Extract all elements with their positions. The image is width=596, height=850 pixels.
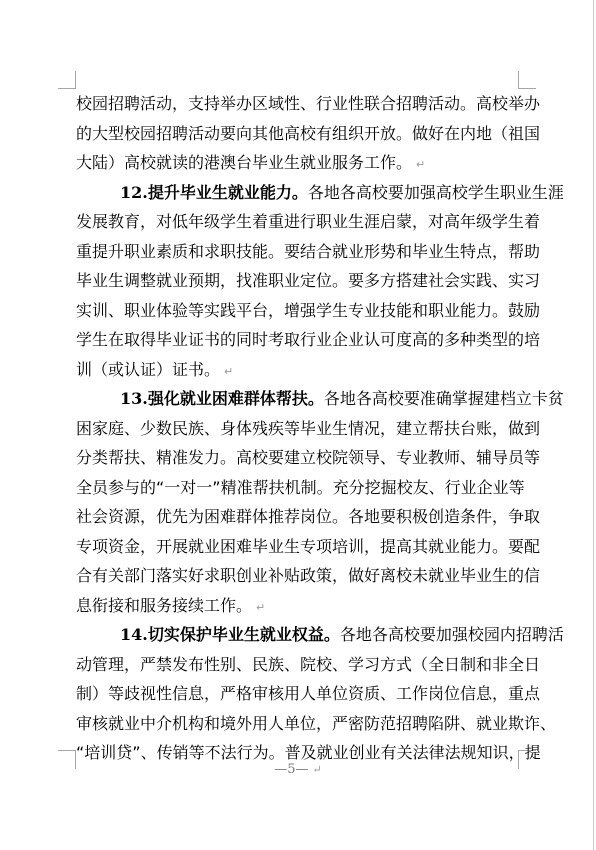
text-line: 重提升职业素质和求职技能。要结合就业形势和毕业生特点，帮助 (76, 240, 520, 270)
paragraph-mark-icon: ↵ (256, 601, 265, 614)
text-line: 制）等歧视性信息，严格审核用人单位资质、工作岗位信息，重点 (76, 682, 520, 712)
paragraph-12: 12.提升毕业生就业能力。各地各高校要加强高校学生职业生涯 发展教育，对低年级学… (76, 181, 520, 388)
text-line-content: 息衔接和服务接续工作。 (76, 596, 252, 615)
section-heading-12: 12.提升毕业生就业能力。 (120, 183, 308, 202)
text-line: 合有关部门落实好求职创业补贴政策，做好离校未就业毕业生的信 (76, 564, 520, 594)
text-line: 14.切实保护毕业生就业权益。各地各高校要加强校园内招聘活 (76, 623, 520, 653)
paragraph-mark-icon: ↵ (416, 158, 425, 171)
text-line: 12.提升毕业生就业能力。各地各高校要加强高校学生职业生涯 (76, 181, 520, 211)
section-heading-13: 13.强化就业困难群体帮扶。 (120, 389, 324, 408)
text-line: 学生在取得毕业证书的同时考取行业企业认可度高的多种类型的培 (76, 328, 520, 358)
text-line: 审核就业中介机构和境外用人单位，严密防范招聘陷阱、就业欺诈、 (76, 712, 520, 742)
section-heading-14: 14.切实保护毕业生就业权益。 (120, 625, 340, 644)
paragraph-14: 14.切实保护毕业生就业权益。各地各高校要加强校园内招聘活 动管理，严禁发布性别… (76, 623, 520, 771)
margin-corner-mark-top-left (58, 71, 76, 89)
page-number: —5— (274, 762, 308, 777)
margin-corner-mark-top-right (518, 71, 536, 89)
text-line: 的大型校园招聘活动要向其他高校有组织开放。做好在内地（祖国 (76, 122, 520, 152)
text-line: 大陆）高校就读的港澳台毕业生就业服务工作。↵ (76, 151, 520, 181)
page-footer: —5—↵ (0, 762, 596, 777)
text-line: 13.强化就业困难群体帮扶。各地各高校要准确掌握建档立卡贫 (76, 387, 520, 417)
text-line: 动管理，严禁发布性别、民族、院校、学习方式（全日制和非全日 (76, 653, 520, 683)
paragraph-mark-icon: ↵ (313, 763, 322, 776)
document-body[interactable]: 校园招聘活动，支持举办区域性、行业性联合招聘活动。高校举办 的大型校园招聘活动要… (76, 92, 520, 771)
text-line: 息衔接和服务接续工作。↵ (76, 594, 520, 624)
paragraph-13: 13.强化就业困难群体帮扶。各地各高校要准确掌握建档立卡贫 困家庭、少数民族、身… (76, 387, 520, 623)
text-line-content: 各地各高校要准确掌握建档立卡贫 (324, 389, 564, 408)
text-line-content: 各地各高校要加强校园内招聘活 (340, 625, 564, 644)
paragraph-mark-icon: ↵ (224, 365, 233, 378)
text-line: 实训、职业体验等实践平台，增强学生专业技能和职业能力。鼓励 (76, 299, 520, 329)
text-line: 专项资金，开展就业困难毕业生专项培训，提高其就业能力。要配 (76, 535, 520, 565)
text-line: 校园招聘活动，支持举办区域性、行业性联合招聘活动。高校举办 (76, 92, 520, 122)
text-line: 全员参与的“一对一”精准帮扶机制。充分挖掘校友、行业企业等 (76, 476, 520, 506)
text-line: 毕业生调整就业预期，找准职业定位。要多方搭建社会实践、实习 (76, 269, 520, 299)
text-line: 社会资源，优先为困难群体推荐岗位。各地要积极创造条件，争取 (76, 505, 520, 535)
paragraph-continuation: 校园招聘活动，支持举办区域性、行业性联合招聘活动。高校举办 的大型校园招聘活动要… (76, 92, 520, 181)
text-line: 分类帮扶、精准发力。高校要建立校院领导、专业教师、辅导员等 (76, 446, 520, 476)
text-line: 发展教育，对低年级学生着重进行职业生涯启蒙，对高年级学生着 (76, 210, 520, 240)
text-line-content: 各地各高校要加强高校学生职业生涯 (308, 183, 564, 202)
text-line-content: 大陆）高校就读的港澳台毕业生就业服务工作。 (76, 153, 412, 172)
text-line: 训（或认证）证书。↵ (76, 358, 520, 388)
page-edge-divider (593, 0, 594, 850)
text-line: 困家庭、少数民族、身体残疾等毕业生情况，建立帮扶台账，做到 (76, 417, 520, 447)
text-line-content: 训（或认证）证书。 (76, 360, 220, 379)
document-page: 校园招聘活动，支持举办区域性、行业性联合招聘活动。高校举办 的大型校园招聘活动要… (0, 0, 596, 850)
